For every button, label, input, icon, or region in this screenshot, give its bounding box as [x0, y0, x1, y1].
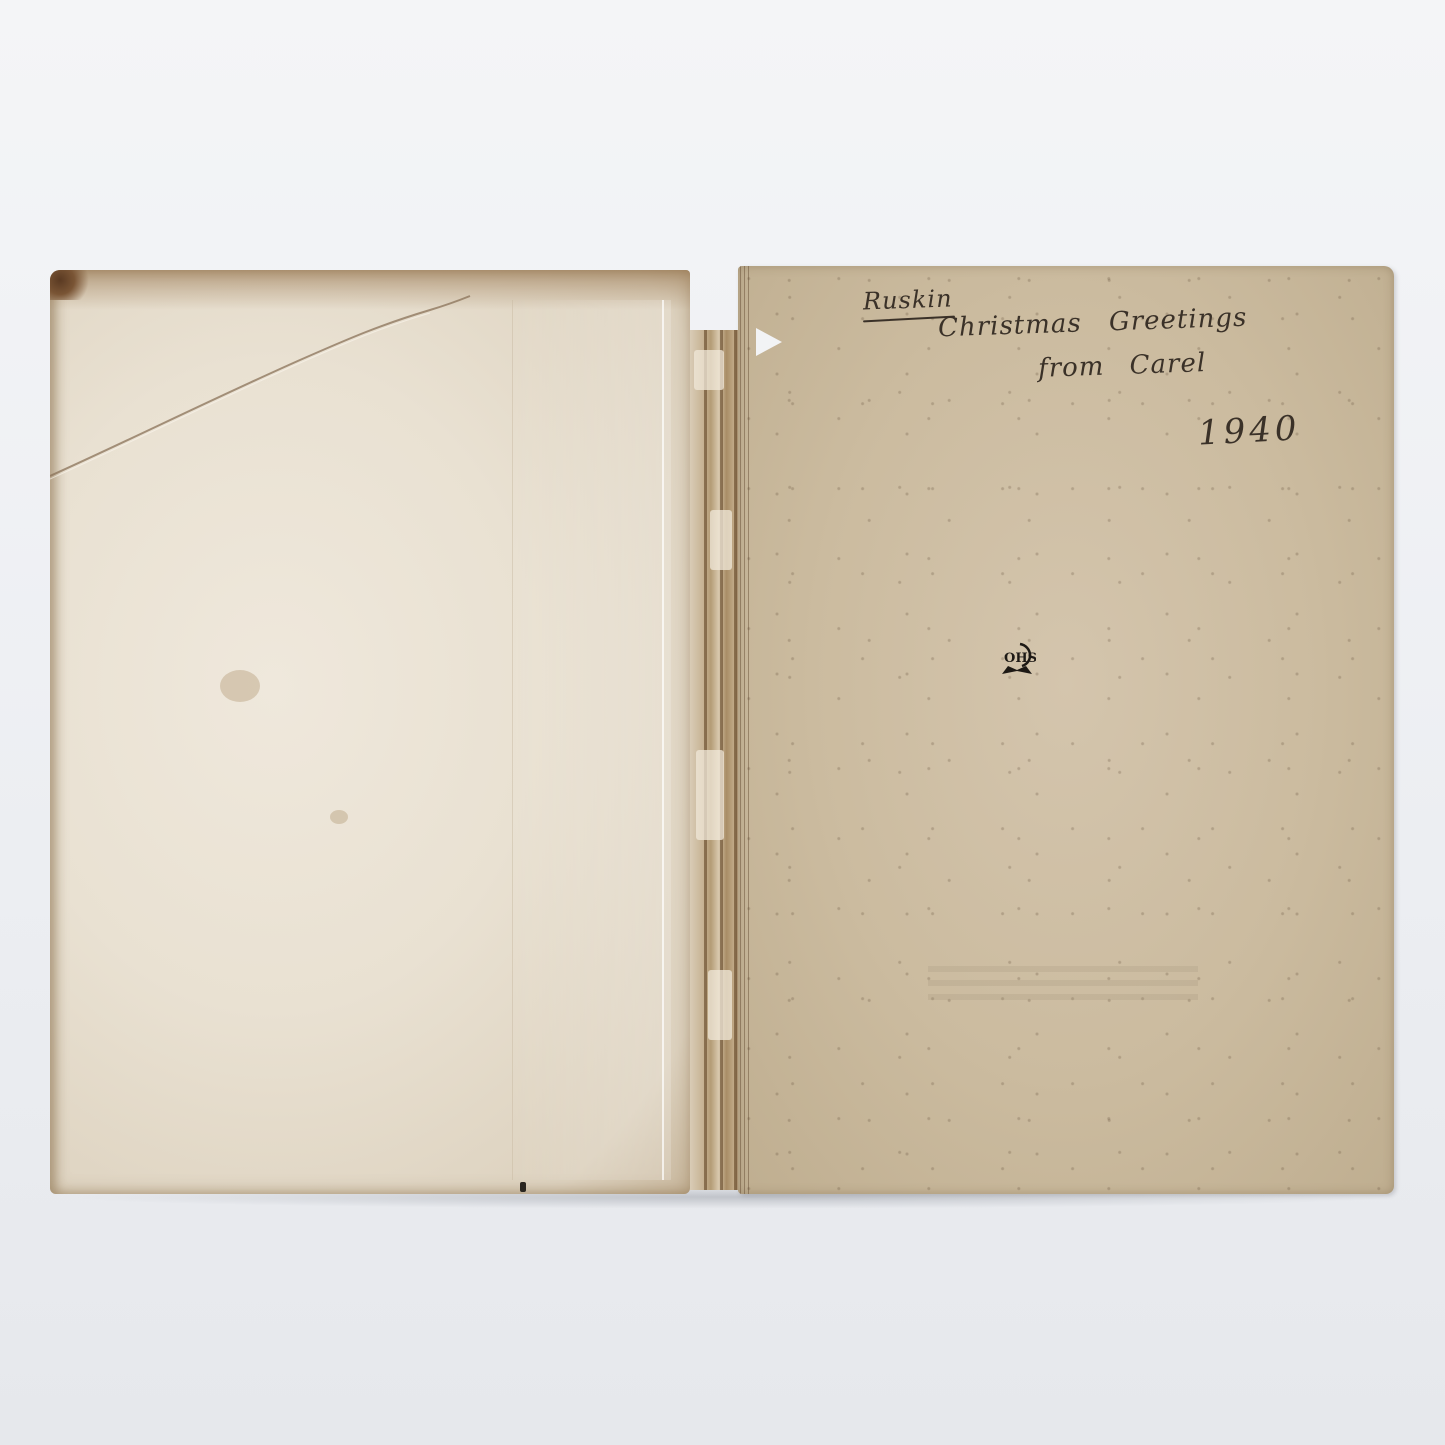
stain-spot [520, 1182, 526, 1192]
stain-spot [220, 670, 260, 702]
book-spine [690, 330, 742, 1190]
svg-text:OHS: OHS [1004, 651, 1036, 666]
paper-speckle [738, 266, 1394, 1194]
left-endpaper [50, 270, 690, 1194]
spine-paper-patch [694, 350, 724, 390]
page-block-edge [740, 266, 752, 1194]
publisher-device-icon: OHS [998, 640, 1036, 678]
right-flyleaf: Ruskin Christmas Greetings from Carel 19… [738, 266, 1394, 1194]
stain-spot [330, 810, 348, 824]
show-through-text [928, 966, 1198, 1006]
page-tear [756, 328, 782, 356]
spine-paper-patch [710, 510, 732, 570]
spine-paper-patch [708, 970, 732, 1040]
inscription-line-2: from Carel [1038, 348, 1207, 384]
photo-scene: Ruskin Christmas Greetings from Carel 19… [0, 0, 1445, 1445]
inscription-year: 1940 [1197, 408, 1301, 453]
spine-paper-patch [696, 750, 724, 840]
inscription-name: Ruskin [863, 284, 953, 315]
spine-thread [734, 330, 737, 1190]
